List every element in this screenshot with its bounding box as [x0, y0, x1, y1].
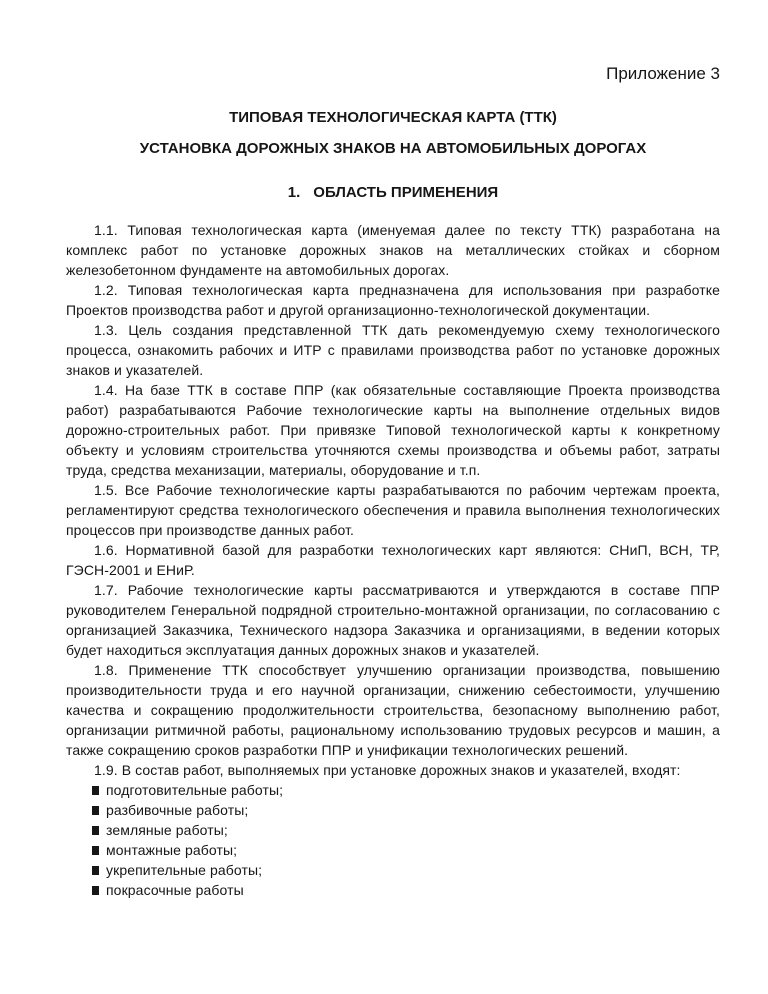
square-bullet-icon	[92, 826, 99, 835]
section-title: ОБЛАСТЬ ПРИМЕНЕНИЯ	[313, 184, 498, 201]
list-item-label: укрепительные работы;	[106, 862, 262, 878]
paragraph-1-7: 1.7. Рабочие технологические карты рассм…	[66, 580, 720, 660]
section-body: 1.1. Типовая технологическая карта (имен…	[66, 220, 720, 900]
document-page: Приложение 3 ТИПОВАЯ ТЕХНОЛОГИЧЕСКАЯ КАР…	[0, 0, 768, 994]
list-item-label: покрасочные работы	[106, 882, 244, 898]
section-number: 1.	[288, 184, 301, 201]
list-item-label: разбивочные работы;	[106, 802, 248, 818]
work-list: подготовительные работы; разбивочные раб…	[66, 780, 720, 900]
paragraph-1-8: 1.8. Применение ТТК способствует улучшен…	[66, 660, 720, 760]
paragraph-1-3: 1.3. Цель создания представленной ТТК да…	[66, 320, 720, 380]
list-item: разбивочные работы;	[66, 800, 720, 820]
list-item: покрасочные работы	[66, 880, 720, 900]
list-item: монтажные работы;	[66, 840, 720, 860]
document-subtitle: УСТАНОВКА ДОРОЖНЫХ ЗНАКОВ НА АВТОМОБИЛЬН…	[66, 139, 720, 159]
paragraph-1-1: 1.1. Типовая технологическая карта (имен…	[66, 220, 720, 280]
paragraph-1-9: 1.9. В состав работ, выполняемых при уст…	[66, 760, 720, 780]
square-bullet-icon	[92, 786, 99, 795]
list-item-label: монтажные работы;	[106, 842, 237, 858]
page-content: Приложение 3 ТИПОВАЯ ТЕХНОЛОГИЧЕСКАЯ КАР…	[0, 0, 768, 900]
document-title: ТИПОВАЯ ТЕХНОЛОГИЧЕСКАЯ КАРТА (ТТК)	[66, 108, 720, 128]
paragraph-1-4: 1.4. На базе ТТК в составе ППР (как обяз…	[66, 380, 720, 480]
paragraph-1-5: 1.5. Все Рабочие технологические карты р…	[66, 480, 720, 540]
paragraph-1-6: 1.6. Нормативной базой для разработки те…	[66, 540, 720, 580]
list-item: земляные работы;	[66, 820, 720, 840]
square-bullet-icon	[92, 806, 99, 815]
paragraph-1-2: 1.2. Типовая технологическая карта предн…	[66, 280, 720, 320]
list-item-label: подготовительные работы;	[106, 782, 283, 798]
list-item: укрепительные работы;	[66, 860, 720, 880]
appendix-label: Приложение 3	[66, 62, 720, 86]
section-heading: 1.ОБЛАСТЬ ПРИМЕНЕНИЯ	[66, 183, 720, 203]
square-bullet-icon	[92, 886, 99, 895]
square-bullet-icon	[92, 866, 99, 875]
square-bullet-icon	[92, 846, 99, 855]
list-item: подготовительные работы;	[66, 780, 720, 800]
list-item-label: земляные работы;	[106, 822, 228, 838]
